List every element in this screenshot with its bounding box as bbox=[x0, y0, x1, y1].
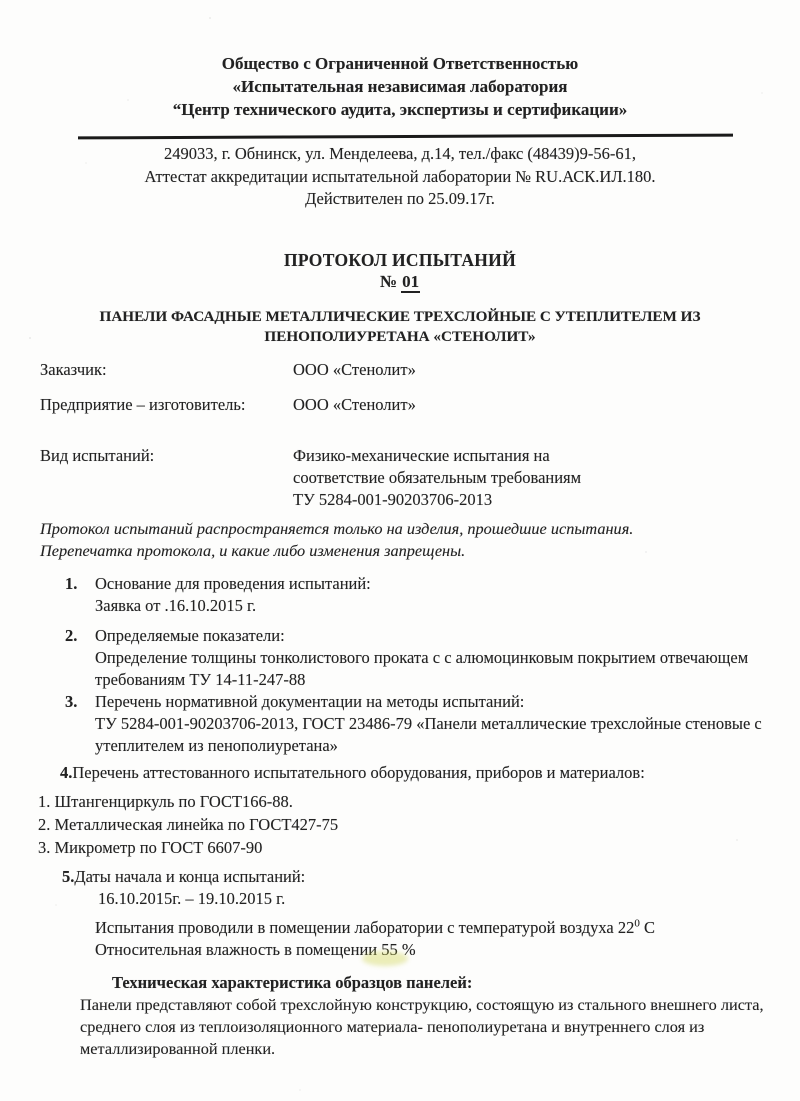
equipment-item-3: 3. Микрометр по ГОСТ 6607-90 bbox=[38, 836, 800, 859]
scan-smudge-artifact bbox=[362, 951, 408, 966]
address-line: 249033, г. Обнинск, ул. Менделеева, д.14… bbox=[0, 143, 800, 166]
technical-characteristics-body: Панели представляют собой трехслойную ко… bbox=[80, 994, 794, 1060]
org-name-line-1: Общество с Ограниченной Ответственностью bbox=[0, 52, 800, 75]
manufacturer-row: Предприятие – изготовитель: ООО «Стеноли… bbox=[40, 394, 800, 416]
valid-until-line: Действителен по 25.09.17г. bbox=[0, 188, 800, 211]
customer-value: ООО «Стенолит» bbox=[293, 359, 416, 381]
section-5-number: 5. bbox=[62, 867, 74, 886]
section-1-basis: 1. Основание для проведения испытаний: З… bbox=[65, 573, 800, 617]
protocol-number: № 01 bbox=[0, 271, 800, 293]
org-name-line-3: “Центр технического аудита, экспертизы и… bbox=[0, 98, 800, 121]
technical-characteristics-heading: Техническая характеристика образцов пане… bbox=[112, 972, 800, 994]
test-type-row: Вид испытаний: Физико-механические испыт… bbox=[40, 445, 800, 511]
protocol-title: ПРОТОКОЛ ИСПЫТАНИЙ bbox=[0, 249, 800, 271]
scanned-document-page: Общество с Ограниченной Ответственностью… bbox=[0, 0, 800, 1101]
section-3-normative-docs: 3. Перечень нормативной документации на … bbox=[65, 691, 800, 757]
number-sign: № bbox=[380, 272, 397, 291]
temperature-text: Испытания проводили в помещении лаборато… bbox=[95, 918, 634, 937]
equipment-item-1: 1. Штангенциркуль по ГОСТ166-88. bbox=[38, 790, 800, 813]
section-4-number: 4. bbox=[60, 763, 72, 782]
equipment-list: 1. Штангенциркуль по ГОСТ166-88. 2. Мета… bbox=[38, 790, 800, 859]
customer-label: Заказчик: bbox=[40, 359, 293, 381]
customer-row: Заказчик: ООО «Стенолит» bbox=[40, 359, 800, 381]
humidity-line: Относительная влажность в помещении 55 % bbox=[95, 939, 800, 961]
protocol-number-value: 01 bbox=[401, 272, 420, 293]
section-2-number: 2. bbox=[65, 625, 95, 691]
section-5-dates: 5.Даты начала и конца испытаний: 16.10.2… bbox=[62, 866, 800, 910]
section-1-number: 1. bbox=[65, 573, 95, 617]
manufacturer-label: Предприятие – изготовитель: bbox=[40, 394, 293, 416]
org-name-line-2: «Испытательная независимая лаборатория bbox=[0, 75, 800, 98]
technical-characteristics: Техническая характеристика образцов пане… bbox=[0, 972, 800, 1060]
section-2-text: Определяемые показатели: Определение тол… bbox=[95, 625, 748, 691]
section-2-indicators: 2. Определяемые показатели: Определение … bbox=[65, 625, 800, 691]
fields-block: Заказчик: ООО «Стенолит» Предприятие – и… bbox=[0, 359, 800, 511]
temperature-unit: С bbox=[640, 918, 655, 937]
temperature-line: Испытания проводили в помещении лаборато… bbox=[95, 917, 800, 939]
section-5-heading: 5.Даты начала и конца испытаний: bbox=[62, 866, 800, 888]
equipment-item-2: 2. Металлическая линейка по ГОСТ427-75 bbox=[38, 813, 800, 836]
header-divider-line bbox=[78, 134, 733, 140]
section-4-equipment-heading: 4.Перечень аттестованного испытательного… bbox=[60, 762, 800, 784]
section-5-title: Даты начала и конца испытаний: bbox=[74, 867, 305, 886]
contact-block: 249033, г. Обнинск, ул. Менделеева, д.14… bbox=[0, 143, 800, 211]
organization-header: Общество с Ограниченной Ответственностью… bbox=[0, 52, 800, 121]
test-dates-range: 16.10.2015г. – 19.10.2015 г. bbox=[98, 888, 800, 910]
test-type-value: Физико-механические испытания на соответ… bbox=[293, 445, 581, 511]
numbered-sections-list: 1. Основание для проведения испытаний: З… bbox=[0, 573, 800, 757]
section-3-number: 3. bbox=[65, 691, 95, 757]
accreditation-line: Аттестат аккредитации испытательной лабо… bbox=[0, 166, 800, 189]
section-4-title: Перечень аттестованного испытательного о… bbox=[72, 763, 644, 782]
section-1-text: Основание для проведения испытаний: Заяв… bbox=[95, 573, 371, 617]
test-conditions: Испытания проводили в помещении лаборато… bbox=[95, 917, 800, 961]
test-subject-title: ПАНЕЛИ ФАСАДНЫЕ МЕТАЛЛИЧЕСКИЕ ТРЕХСЛОЙНЫ… bbox=[0, 307, 800, 347]
section-3-text: Перечень нормативной документации на мет… bbox=[95, 691, 762, 757]
manufacturer-value: ООО «Стенолит» bbox=[293, 394, 416, 416]
test-type-label: Вид испытаний: bbox=[40, 445, 293, 511]
legal-notice: Протокол испытаний распространяется толь… bbox=[40, 518, 800, 562]
